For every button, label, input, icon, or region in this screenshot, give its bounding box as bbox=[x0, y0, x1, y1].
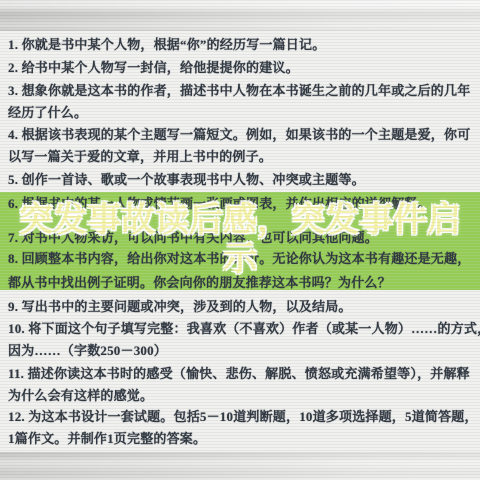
doc-line: 11. 描述你读这本书时的感受（愉快、悲伤、解脱、愤怒或充满希望等），并解释 bbox=[8, 366, 470, 382]
doc-line: 以写一篇关于爱的文章，并用上书中的例子。 bbox=[8, 149, 272, 165]
doc-line: 经历了什么。 bbox=[8, 105, 87, 121]
doc-line: 4. 根据该书表现的某个主题写一篇短文。例如，如果该书的一个主题是爱，你可 bbox=[8, 127, 470, 143]
doc-line: 1篇作文。并制作1页完整的答案。 bbox=[8, 431, 206, 447]
top-blur-band bbox=[0, 0, 480, 31]
doc-line: 为什么会有这样的感觉。 bbox=[8, 388, 153, 404]
doc-line: 3. 想象你就是这本书的作者，描述书中人物在本书诞生之前的几年或之后的几年 bbox=[8, 83, 470, 99]
watermark-title: 突发事故读后感，突发事件启示 bbox=[10, 201, 470, 279]
doc-line: 9. 写出书中的主要问题或冲突，涉及到的人物，以及结局。 bbox=[8, 299, 352, 315]
screenshot-root: 1. 你就是书中某个人物，根据“你”的经历写一篇日记。2. 给书中某个人物写一封… bbox=[0, 0, 480, 480]
doc-line: 5. 创作一首诗、歌或一个故事表现书中人物、冲突或主题等。 bbox=[8, 172, 365, 188]
doc-line: 2. 给书中某个人物写一封信，给他提提你的建议。 bbox=[8, 60, 299, 76]
bottom-blur-band bbox=[0, 452, 480, 480]
doc-line: 1. 你就是书中某个人物，根据“你”的经历写一篇日记。 bbox=[8, 37, 325, 53]
doc-line: 因为……（字数250－300） bbox=[8, 343, 167, 359]
doc-line: 12. 为这本书设计一套试题。包括5－10道判断题，10道多项选择题，5道简答题… bbox=[8, 409, 478, 425]
doc-line: 10. 将下面这个句子填写完整：我喜欢（不喜欢）作者（或某一人物）……的方式， bbox=[8, 321, 480, 337]
